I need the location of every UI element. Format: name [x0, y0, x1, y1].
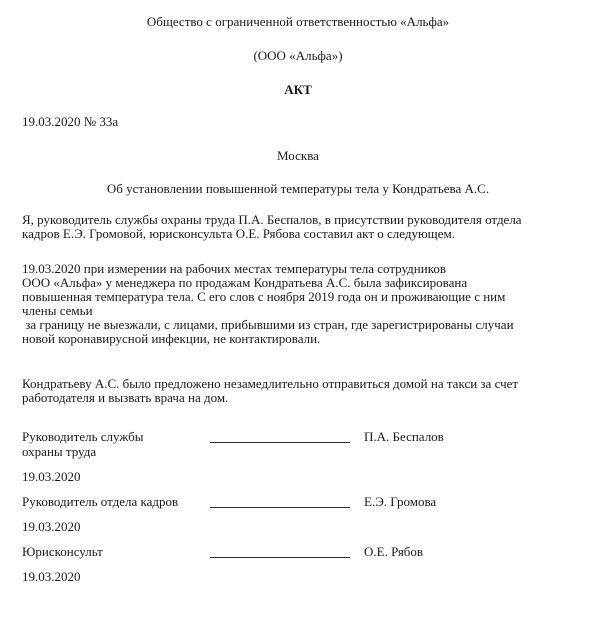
document-title: Об установлении повышенной температуры т…	[0, 181, 596, 197]
paragraph-line: 19.03.2020 при измерении на рабочих мест…	[22, 262, 582, 276]
paragraph-line: кадров Е.Э. Громовой, юрисконсульта О.Е.…	[22, 227, 582, 241]
signature-date: 19.03.2020	[22, 569, 81, 585]
document-date-number: 19.03.2020 № 33а	[22, 114, 118, 130]
document-type-heading: АКТ	[0, 82, 596, 98]
organization-full-name: Общество с ограниченной ответственностью…	[0, 14, 596, 30]
signature-line	[210, 557, 350, 558]
paragraph-line: ООО «Альфа» у менеджера по продажам Конд…	[22, 276, 582, 290]
act-document: Общество с ограниченной ответственностью…	[0, 0, 596, 621]
paragraph-line: повышенная температура тела. С его слов …	[22, 290, 582, 304]
signatory-name: О.Е. Рябов	[364, 544, 423, 560]
paragraph-line: Кондратьеву А.С. было предложено незамед…	[22, 377, 582, 391]
signature-date: 19.03.2020	[22, 469, 81, 485]
paragraph-findings: 19.03.2020 при измерении на рабочих мест…	[22, 262, 582, 346]
signatory-position: Руководитель службы	[22, 429, 144, 445]
signature-date: 19.03.2020	[22, 519, 81, 535]
paragraph-actions: Кондратьеву А.С. было предложено незамед…	[22, 377, 582, 405]
organization-short-name: (ООО «Альфа»)	[0, 48, 596, 64]
signatory-position: охраны труда	[22, 444, 96, 460]
paragraph-intro: Я, руководитель службы охраны труда П.А.…	[22, 213, 582, 241]
signatory-position: Юрисконсульт	[22, 544, 103, 560]
paragraph-line: за границу не выезжали, с лицами, прибыв…	[22, 318, 582, 332]
paragraph-line: члены семьи	[22, 304, 582, 318]
signature-line	[210, 507, 350, 508]
signatory-position: Руководитель отдела кадров	[22, 494, 178, 510]
paragraph-line: Я, руководитель службы охраны труда П.А.…	[22, 213, 582, 227]
signature-line	[210, 442, 350, 443]
signatory-name: Е.Э. Громова	[364, 494, 436, 510]
paragraph-line: новой коронавирусной инфекции, не контак…	[22, 332, 582, 346]
paragraph-line: работодателя и вызвать врача на дом.	[22, 391, 582, 405]
document-city: Москва	[0, 148, 596, 164]
signatory-name: П.А. Беспалов	[364, 429, 444, 445]
